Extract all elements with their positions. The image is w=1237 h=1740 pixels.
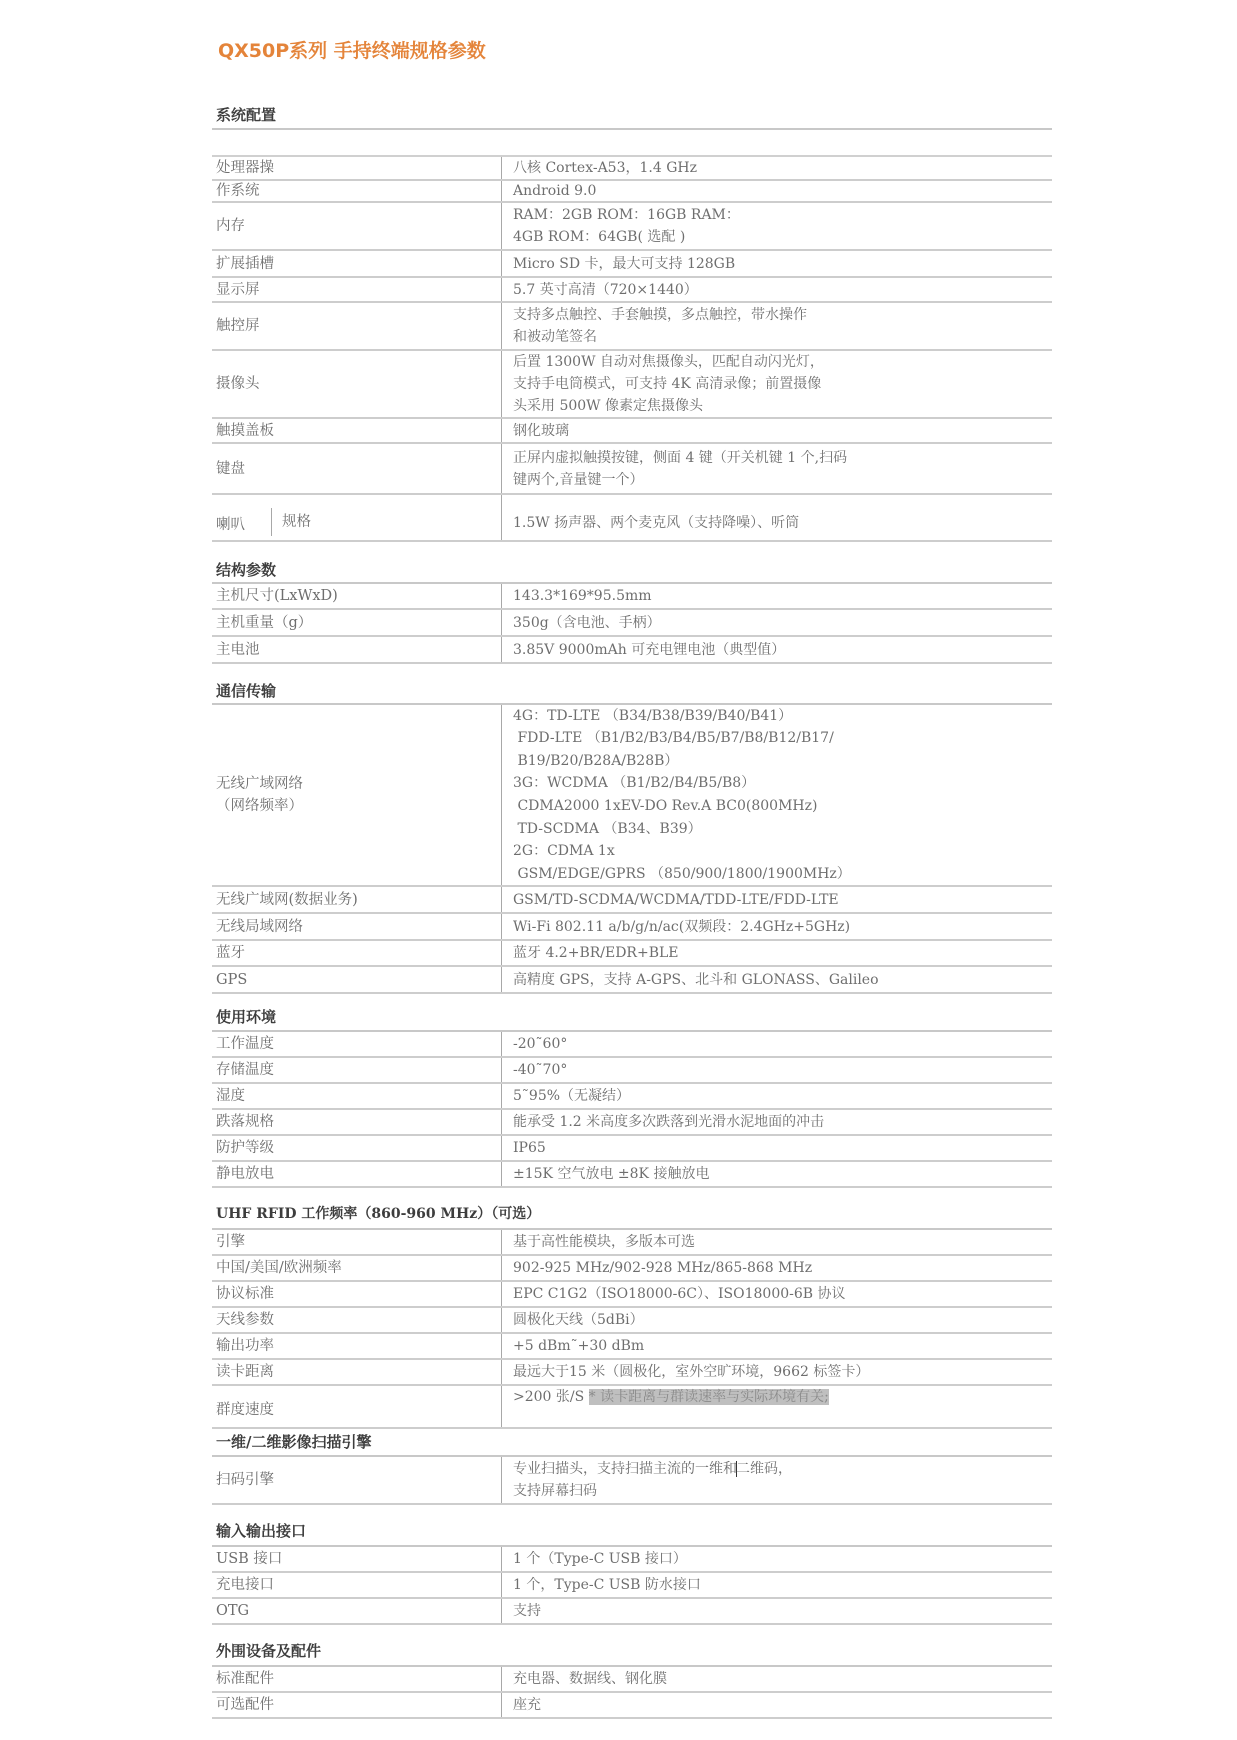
- spec-value: Wi-Fi 802.11 a/b/g/n/ac(双频段：2.4GHz+5GHz): [513, 916, 1052, 938]
- spec-label: 中国/美国/欧洲频率: [212, 1256, 502, 1280]
- spec-row: 蓝牙 蓝牙 4.2+BR/EDR+BLE: [212, 941, 1052, 967]
- spec-value: 1 个（Type-C USB 接口）: [513, 1548, 1052, 1570]
- spec-row: OTG 支持: [212, 1599, 1052, 1625]
- spec-label: 读卡距离: [212, 1360, 502, 1384]
- spec-row: 触摸盖板 钢化玻璃: [212, 419, 1052, 444]
- spec-value: 座充: [513, 1694, 1052, 1716]
- spec-value: 头采用 500W 像素定焦摄像头: [513, 395, 1052, 417]
- spec-value: GSM/EDGE/GPRS （850/900/1800/1900MHz）: [513, 863, 1052, 886]
- spec-sublabel: 规格: [271, 508, 311, 536]
- spec-value: Android 9.0: [513, 180, 1052, 202]
- spec-label: 工作温度: [212, 1032, 502, 1056]
- spec-value: 支持屏幕扫码: [513, 1480, 1052, 1502]
- spec-value: CDMA2000 1xEV-DO Rev.A BC0(800MHz): [513, 795, 1052, 818]
- spec-label: USB 接口: [212, 1547, 502, 1571]
- section-heading-rfid: UHF RFID 工作频率（860-960 MHz）（可选）: [212, 1203, 1052, 1230]
- spec-row: 读卡距离 最远大于15 米（圆极化，室外空旷环境，9662 标签卡）: [212, 1360, 1052, 1386]
- spec-row: 天线参数 圆极化天线（5dBi）: [212, 1308, 1052, 1334]
- spec-label: 充电接口: [212, 1573, 502, 1597]
- spec-value: 3G：WCDMA （B1/B2/B4/B5/B8）: [513, 772, 1052, 795]
- spec-row: 可选配件 座充: [212, 1693, 1052, 1719]
- document-title: QX50P系列 手持终端规格参数: [218, 36, 486, 63]
- spec-row: 扫码引擎 专业扫描头，支持扫描主流的一维和二维码， 支持屏幕扫码: [212, 1457, 1052, 1505]
- spec-value: 支持: [513, 1600, 1052, 1622]
- spec-label: 主机尺寸(LxWxD): [212, 584, 502, 608]
- spec-row: 摄像头 后置 1300W 自动对焦摄像头，匹配自动闪光灯， 支持手电筒模式，可支…: [212, 351, 1052, 419]
- spec-value: 2G：CDMA 1x: [513, 840, 1052, 863]
- spec-label: 扫码引擎: [212, 1457, 502, 1503]
- spec-row: 协议标准 EPC C1G2（ISO18000-6C）、ISO18000-6B 协…: [212, 1282, 1052, 1308]
- spec-label-note: （网络频率）: [216, 795, 303, 817]
- spec-value: 支持手电筒模式，可支持 4K 高清录像；前置摄像: [513, 373, 1052, 395]
- section-heading-scan: 一维/二维影像扫描引擎: [212, 1429, 1052, 1457]
- spec-label: 无线广域网络: [216, 773, 303, 795]
- spec-row: 群度速度 >200 张/S * 读卡距离与群读速率与实际环境有关;: [212, 1386, 1052, 1429]
- spec-value: 支持多点触控、手套触摸，多点触控，带水操作: [513, 304, 1052, 326]
- spec-value: 5˜95%（无凝结）: [513, 1085, 1052, 1107]
- spec-row: 无线广域网(数据业务) GSM/TD-SCDMA/WCDMA/TDD-LTE/F…: [212, 887, 1052, 914]
- spec-row: 主机尺寸(LxWxD) 143.3*169*95.5mm: [212, 584, 1052, 610]
- spec-value: -20˜60°: [513, 1033, 1052, 1055]
- spec-value: 钢化玻璃: [513, 420, 1052, 442]
- spec-value: 后置 1300W 自动对焦摄像头，匹配自动闪光灯，: [513, 351, 1052, 373]
- spec-value: 能承受 1.2 米高度多次跌落到光滑水泥地面的冲击: [513, 1111, 1052, 1133]
- spec-row: 充电接口 1 个，Type-C USB 防水接口: [212, 1573, 1052, 1599]
- spec-value: EPC C1G2（ISO18000-6C）、ISO18000-6B 协议: [513, 1283, 1052, 1305]
- spec-value: B19/B20/B28A/B28B）: [513, 750, 1052, 773]
- spec-value: 高精度 GPS，支持 A-GPS、北斗和 GLONASS、Galileo: [513, 969, 1052, 991]
- spec-label: 群度速度: [212, 1386, 502, 1427]
- spec-row: 扩展插槽 Micro SD 卡，最大可支持 128GB: [212, 251, 1052, 278]
- spec-label: 喇叭: [216, 514, 245, 536]
- spec-row: 引擎 基于高性能模块，多版本可选: [212, 1230, 1052, 1256]
- spec-value: 1 个，Type-C USB 防水接口: [513, 1574, 1052, 1596]
- spec-label: 无线广域网(数据业务): [212, 887, 502, 912]
- section-heading-comm: 通信传输: [212, 680, 1052, 705]
- spec-value: RAM：2GB ROM：16GB RAM：: [513, 204, 1052, 226]
- spec-value: -40˜70°: [513, 1059, 1052, 1081]
- spec-label: 存储温度: [212, 1058, 502, 1082]
- spec-value: 二维码，: [736, 1461, 792, 1477]
- spec-label: 主机重量（g）: [212, 610, 502, 635]
- spec-label: 天线参数: [212, 1308, 502, 1332]
- spec-value: FDD-LTE （B1/B2/B3/B4/B5/B7/B8/B12/B17/: [513, 727, 1052, 750]
- spec-value: 1.5W 扬声器、两个麦克风（支持降噪）、听筒: [513, 512, 1052, 534]
- section-heading-system: 系统配置: [212, 104, 1052, 130]
- section-heading-structure: 结构参数: [212, 559, 1052, 584]
- spec-row: 工作温度 -20˜60°: [212, 1032, 1052, 1058]
- spec-label: 跌落规格: [212, 1110, 502, 1134]
- spec-label: 主电池: [212, 637, 502, 662]
- spec-value: 正屏内虚拟触摸按键，侧面 4 键（开关机键 1 个,扫码: [513, 447, 1052, 469]
- spec-label: 摄像头: [212, 351, 502, 417]
- spec-label: 内存: [212, 203, 502, 249]
- spec-row: 湿度 5˜95%（无凝结）: [212, 1084, 1052, 1110]
- spec-label: OTG: [212, 1599, 502, 1623]
- spec-value: 专业扫描头，支持扫描主流的一维和: [513, 1461, 737, 1477]
- spec-row: GPS 高精度 GPS，支持 A-GPS、北斗和 GLONASS、Galileo: [212, 967, 1052, 994]
- spec-row: 无线广域网络 （网络频率） 4G：TD-LTE （B34/B38/B39/B40…: [212, 705, 1052, 887]
- section-heading-io: 输入输出接口: [212, 1520, 1052, 1547]
- spec-label: GPS: [212, 967, 502, 992]
- spec-value: +5 dBm˜+30 dBm: [513, 1335, 1052, 1357]
- spec-row: 跌落规格 能承受 1.2 米高度多次跌落到光滑水泥地面的冲击: [212, 1110, 1052, 1136]
- spec-value: 4G：TD-LTE （B34/B38/B39/B40/B41）: [513, 705, 1052, 728]
- spec-value: TD-SCDMA （B34、B39）: [513, 818, 1052, 841]
- spec-label: 扩展插槽: [212, 251, 502, 276]
- spec-value: GSM/TD-SCDMA/WCDMA/TDD-LTE/FDD-LTE: [513, 889, 1052, 911]
- spec-label: 输出功率: [212, 1334, 502, 1358]
- spec-value: 充电器、数据线、钢化膜: [513, 1668, 1052, 1690]
- spec-row: 内存 RAM：2GB ROM：16GB RAM： 4GB ROM：64GB( 选…: [212, 203, 1052, 251]
- spec-value: 圆极化天线（5dBi）: [513, 1309, 1052, 1331]
- spec-row: 输出功率 +5 dBm˜+30 dBm: [212, 1334, 1052, 1360]
- spec-label: 键盘: [212, 444, 502, 493]
- spec-value: IP65: [513, 1137, 1052, 1159]
- spec-row: 防护等级 IP65: [212, 1136, 1052, 1162]
- selected-note-text[interactable]: * 读卡距离与群读速率与实际环境有关;: [589, 1389, 829, 1405]
- spec-value: 3.85V 9000mAh 可充电锂电池（典型值）: [513, 639, 1052, 661]
- spec-value: 143.3*169*95.5mm: [513, 585, 1052, 607]
- spec-row: 作系统 Android 9.0: [212, 181, 1052, 203]
- spec-row: 主机重量（g） 350g（含电池、手柄）: [212, 610, 1052, 637]
- spec-row: 键盘 正屏内虚拟触摸按键，侧面 4 键（开关机键 1 个,扫码 键两个,音量键一…: [212, 444, 1052, 495]
- spec-row: 无线局域网络 Wi-Fi 802.11 a/b/g/n/ac(双频段：2.4GH…: [212, 914, 1052, 941]
- spec-value: 键两个,音量键一个）: [513, 469, 1052, 491]
- spec-label: 蓝牙: [212, 941, 502, 965]
- spec-label: 静电放电: [212, 1162, 502, 1186]
- spec-value: 蓝牙 4.2+BR/EDR+BLE: [513, 942, 1052, 964]
- spec-label: 无线局域网络: [212, 914, 502, 939]
- section-heading-accessories: 外围设备及配件: [212, 1640, 1052, 1667]
- spec-row: 喇叭 规格 1.5W 扬声器、两个麦克风（支持降噪）、听筒: [212, 495, 1052, 542]
- spec-value: 最远大于15 米（圆极化，室外空旷环境，9662 标签卡）: [513, 1361, 1052, 1383]
- spec-value: >200 张/S: [513, 1389, 589, 1405]
- spec-row: USB 接口 1 个（Type-C USB 接口）: [212, 1547, 1052, 1573]
- spec-value: 基于高性能模块，多版本可选: [513, 1231, 1052, 1253]
- spec-row: 显示屏 5.7 英寸高清（720×1440）: [212, 278, 1052, 303]
- spec-value: 5.7 英寸高清（720×1440）: [513, 279, 1052, 301]
- spec-row: 静电放电 ±15K 空气放电 ±8K 接触放电: [212, 1162, 1052, 1188]
- spec-value: 4GB ROM：64GB( 选配 ): [513, 226, 1052, 248]
- spec-label: 引擎: [212, 1230, 502, 1254]
- spec-label: 作系统: [212, 181, 502, 201]
- spec-row: 标准配件 充电器、数据线、钢化膜: [212, 1667, 1052, 1693]
- spec-row: 中国/美国/欧洲频率 902-925 MHz/902-928 MHz/865-8…: [212, 1256, 1052, 1282]
- spec-row: 存储温度 -40˜70°: [212, 1058, 1052, 1084]
- spec-label: 协议标准: [212, 1282, 502, 1306]
- spec-label: 触摸盖板: [212, 419, 502, 442]
- spec-label: 显示屏: [212, 278, 502, 301]
- spec-row: 处理器操 八核 Cortex-A53，1.4 GHz: [212, 157, 1052, 181]
- section-heading-env: 使用环境: [212, 1006, 1052, 1032]
- spec-label: 处理器操: [212, 157, 502, 179]
- spec-value: Micro SD 卡，最大可支持 128GB: [513, 253, 1052, 275]
- spec-label: 触控屏: [212, 303, 502, 349]
- spec-row: 触控屏 支持多点触控、手套触摸，多点触控，带水操作 和被动笔签名: [212, 303, 1052, 351]
- spec-label: 湿度: [212, 1084, 502, 1108]
- spec-label: 标准配件: [212, 1667, 502, 1691]
- spec-value: 350g（含电池、手柄）: [513, 612, 1052, 634]
- spec-value: 八核 Cortex-A53，1.4 GHz: [513, 157, 1052, 179]
- spec-label: 防护等级: [212, 1136, 502, 1160]
- spec-value: 902-925 MHz/902-928 MHz/865-868 MHz: [513, 1257, 1052, 1279]
- spec-label: 可选配件: [212, 1693, 502, 1717]
- spec-value: 和被动笔签名: [513, 326, 1052, 348]
- spec-row: 主电池 3.85V 9000mAh 可充电锂电池（典型值）: [212, 637, 1052, 664]
- spec-value: ±15K 空气放电 ±8K 接触放电: [513, 1163, 1052, 1185]
